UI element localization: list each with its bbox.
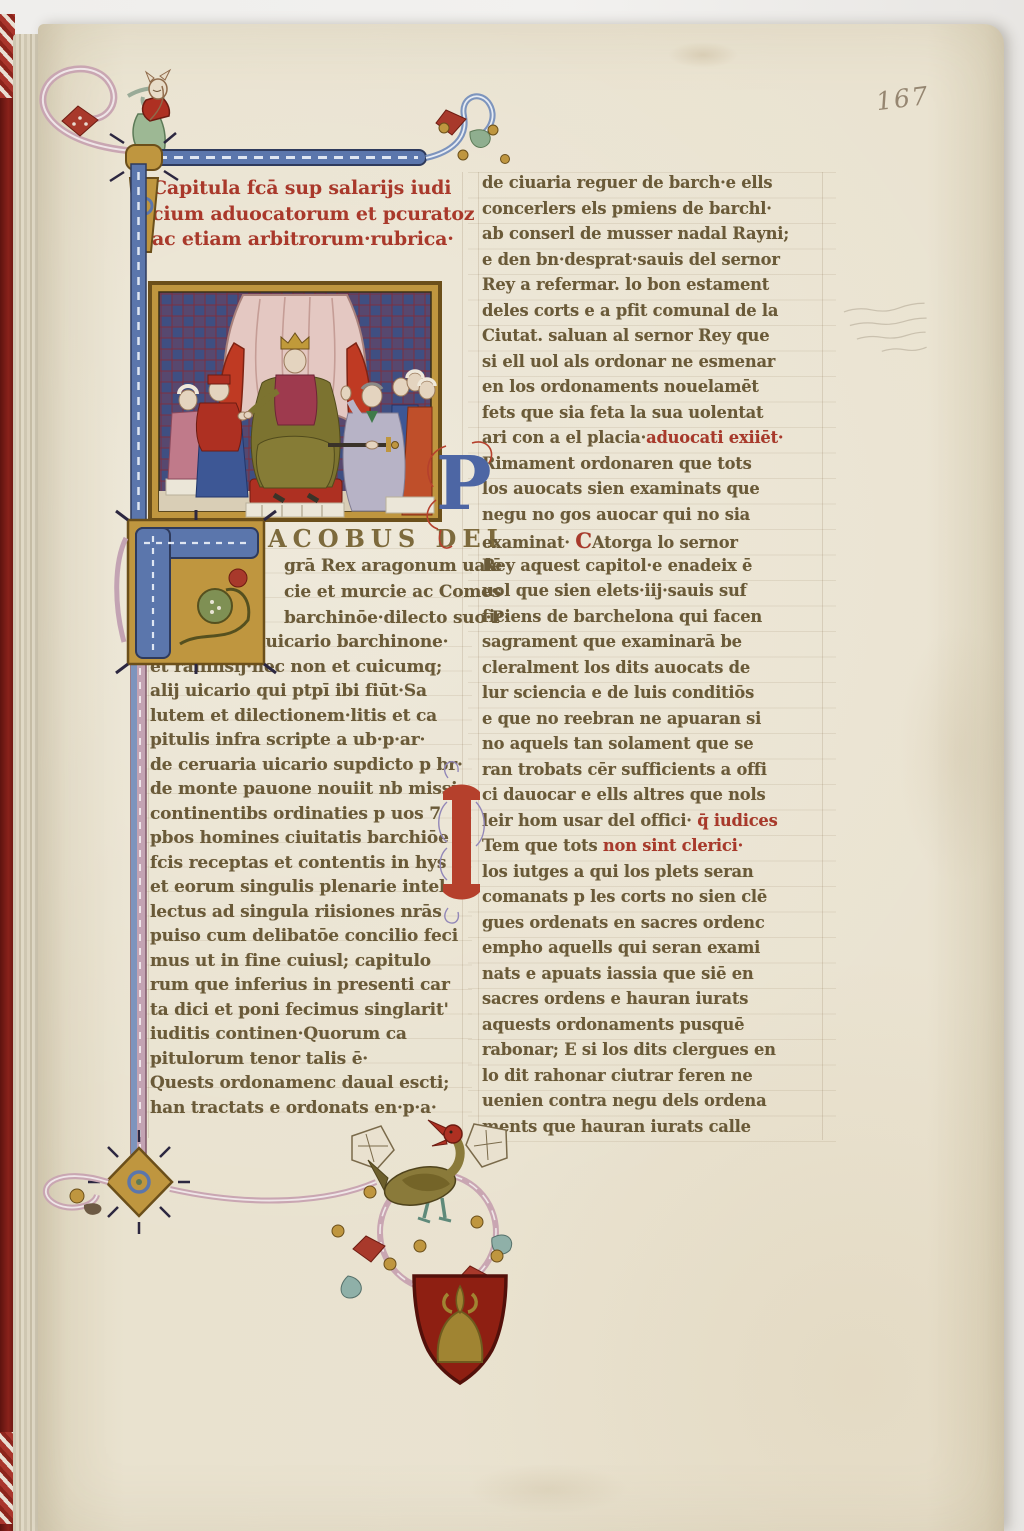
text-line: a·de ciuaria uicario barchinone· [150, 632, 463, 657]
text-line: aquests ordonaments pusquē [482, 1015, 789, 1041]
text-line: examinat· CAtorga lo sernor [482, 530, 789, 556]
text-line: ficiens de barchelona qui facen [482, 607, 789, 633]
text-line: lutem et dilectionem·litis et ca [150, 706, 463, 731]
text-line: iuditis continen·Quorum ca [150, 1024, 463, 1049]
text-line: cie et murcie ac Comes [284, 582, 510, 608]
text-line: empho aquells qui seran exami [482, 938, 789, 964]
text-line: han tractats e ordonats en·p·a· [150, 1098, 463, 1123]
column-rule [148, 548, 149, 1138]
text-line: en los ordonaments nouelamēt [482, 377, 789, 403]
text-line: fets que sia feta la sua uolentat [482, 403, 789, 429]
text-line: Rimament ordonaren que tots [482, 454, 789, 480]
text-line: Rey a refermar. lo bon estament [482, 275, 789, 301]
text-line: Rey aquest capitol·e enadeix ē [482, 556, 789, 582]
text-line: de monte pauone nouiit nb missi [150, 779, 463, 804]
text-line: lectus ad singula riisiones nrās [150, 902, 463, 927]
text-line: puiso cum delibatōe concilio feci [150, 926, 463, 951]
text-line: mus ut in fine cuiusl; capitulo [150, 951, 463, 976]
text-line: de ciuaria reguer de barch·e ells [482, 173, 789, 199]
throne-base [246, 503, 344, 517]
text-line: ab conserl de musser nadal Rayni; [482, 224, 789, 250]
text-line: e que no reebran ne apuaran si [482, 709, 789, 735]
text-line: gues ordenats en sacres ordenc [482, 913, 789, 939]
text-line: Quests ordonamenc daual escti; [150, 1073, 463, 1098]
text-line: e den bn·desprat·sauis del sernor [482, 250, 789, 276]
text-line: lur sciencia e de luis conditiōs [482, 683, 789, 709]
photograph-backdrop: 167 Capitula fcā sup salarijs iudicium a… [0, 0, 1024, 1531]
column-rule [478, 172, 479, 1140]
text-line: ran trobats cēr sufficients a offi [482, 760, 789, 786]
text-line: nats e apuats iassia que siē en [482, 964, 789, 990]
text-line: et rallinsij·nec non et cuicumq; [150, 657, 463, 682]
parchment-stain [668, 42, 738, 68]
miniature-king-enthroned [150, 283, 440, 520]
text-line: uenien contra negu dels ordena [482, 1091, 789, 1117]
text-line: rum que inferius in presenti car [150, 975, 463, 1000]
text-line: sacres ordens e hauran iurats [482, 989, 789, 1015]
text-line: los iutges a qui los plets seran [482, 862, 789, 888]
column-rule [822, 172, 823, 1140]
text-line: lo dit rahonar ciutrar feren ne [482, 1066, 789, 1092]
rubric-title: Capitula fcā sup salarijs iudicium aduoc… [152, 176, 474, 253]
text-line: los auocats sien examinats que [482, 479, 789, 505]
left-column-indented-lines: grā Rex aragonum ualēcie et murcie ac Co… [284, 556, 510, 634]
text-line: pbos homines ciuitatis barchiōe [150, 828, 463, 853]
text-line: barchinōe·dilecto suo·P· [284, 608, 510, 634]
lap-drape [256, 436, 334, 488]
text-line: fcis receptas et contentis in hys [150, 853, 463, 878]
text-line: grā Rex aragonum ualē [284, 556, 510, 582]
text-line: Capitula fcā sup salarijs iudi [152, 176, 474, 202]
text-line: sagrament que examinarā be [482, 632, 789, 658]
opening-display-capitals: ACOBUS DEI [268, 524, 504, 553]
text-line: si ell uol als ordonar ne esmenar [482, 352, 789, 378]
text-line: ci dauocar e ells altres que nols [482, 785, 789, 811]
text-line: pitulorum tenor talis ē· [150, 1049, 463, 1074]
text-line: ta dici et poni fecimus singlarit' [150, 1000, 463, 1025]
text-line: cium aduocatorum et pcuratoz [152, 202, 474, 228]
text-line: ac etiam arbitrorum·rubrica· [152, 227, 474, 253]
right-column-text: de ciuaria reguer de barch·e ellsconcerl… [482, 173, 789, 1142]
parchment-stain [898, 624, 1018, 884]
text-line: et eorum singulis plenarie intel [150, 877, 463, 902]
text-line: Tem que tots non sint clerici· [482, 836, 789, 862]
tunic [275, 375, 317, 425]
text-line: no aquels tan solament que se [482, 734, 789, 760]
text-line: uol que sien elets·iij·sauis suf [482, 581, 789, 607]
text-line: pitulis infra scripte a ub·p·ar· [150, 730, 463, 755]
sword [328, 443, 390, 447]
text-line: ari con a el placia·aduocati exiiēt· [482, 428, 789, 454]
text-line: negu no gos auocar qui no sia [482, 505, 789, 531]
front-counselor-robe [343, 413, 405, 511]
text-line: ments que hauran iurats calle [482, 1117, 789, 1143]
text-line: alij uicario qui ptpī ibi fiūt·Sa [150, 681, 463, 706]
text-line: concerlers els pmiens de barchl· [482, 199, 789, 225]
king-head [284, 349, 306, 373]
text-line: deles corts e a pfit comunal de la [482, 301, 789, 327]
text-line: continentibs ordinaties p uos 7 [150, 804, 463, 829]
text-line: rabonar; E si los dits clergues en [482, 1040, 789, 1066]
text-line: cleralment los dits auocats de [482, 658, 789, 684]
parchment-stain [468, 1464, 628, 1514]
left-column-text: a·de ciuaria uicario barchinone·et ralli… [150, 632, 463, 1122]
book-binding [0, 16, 14, 1531]
text-line: de ceruaria uicario supdicto p br· [150, 755, 463, 780]
text-line: comanats p les corts no sien clē [482, 887, 789, 913]
text-line: leir hom usar del offici· q̄ iudices [482, 811, 789, 837]
text-line: Ciutat. saluan al sernor Rey que [482, 326, 789, 352]
